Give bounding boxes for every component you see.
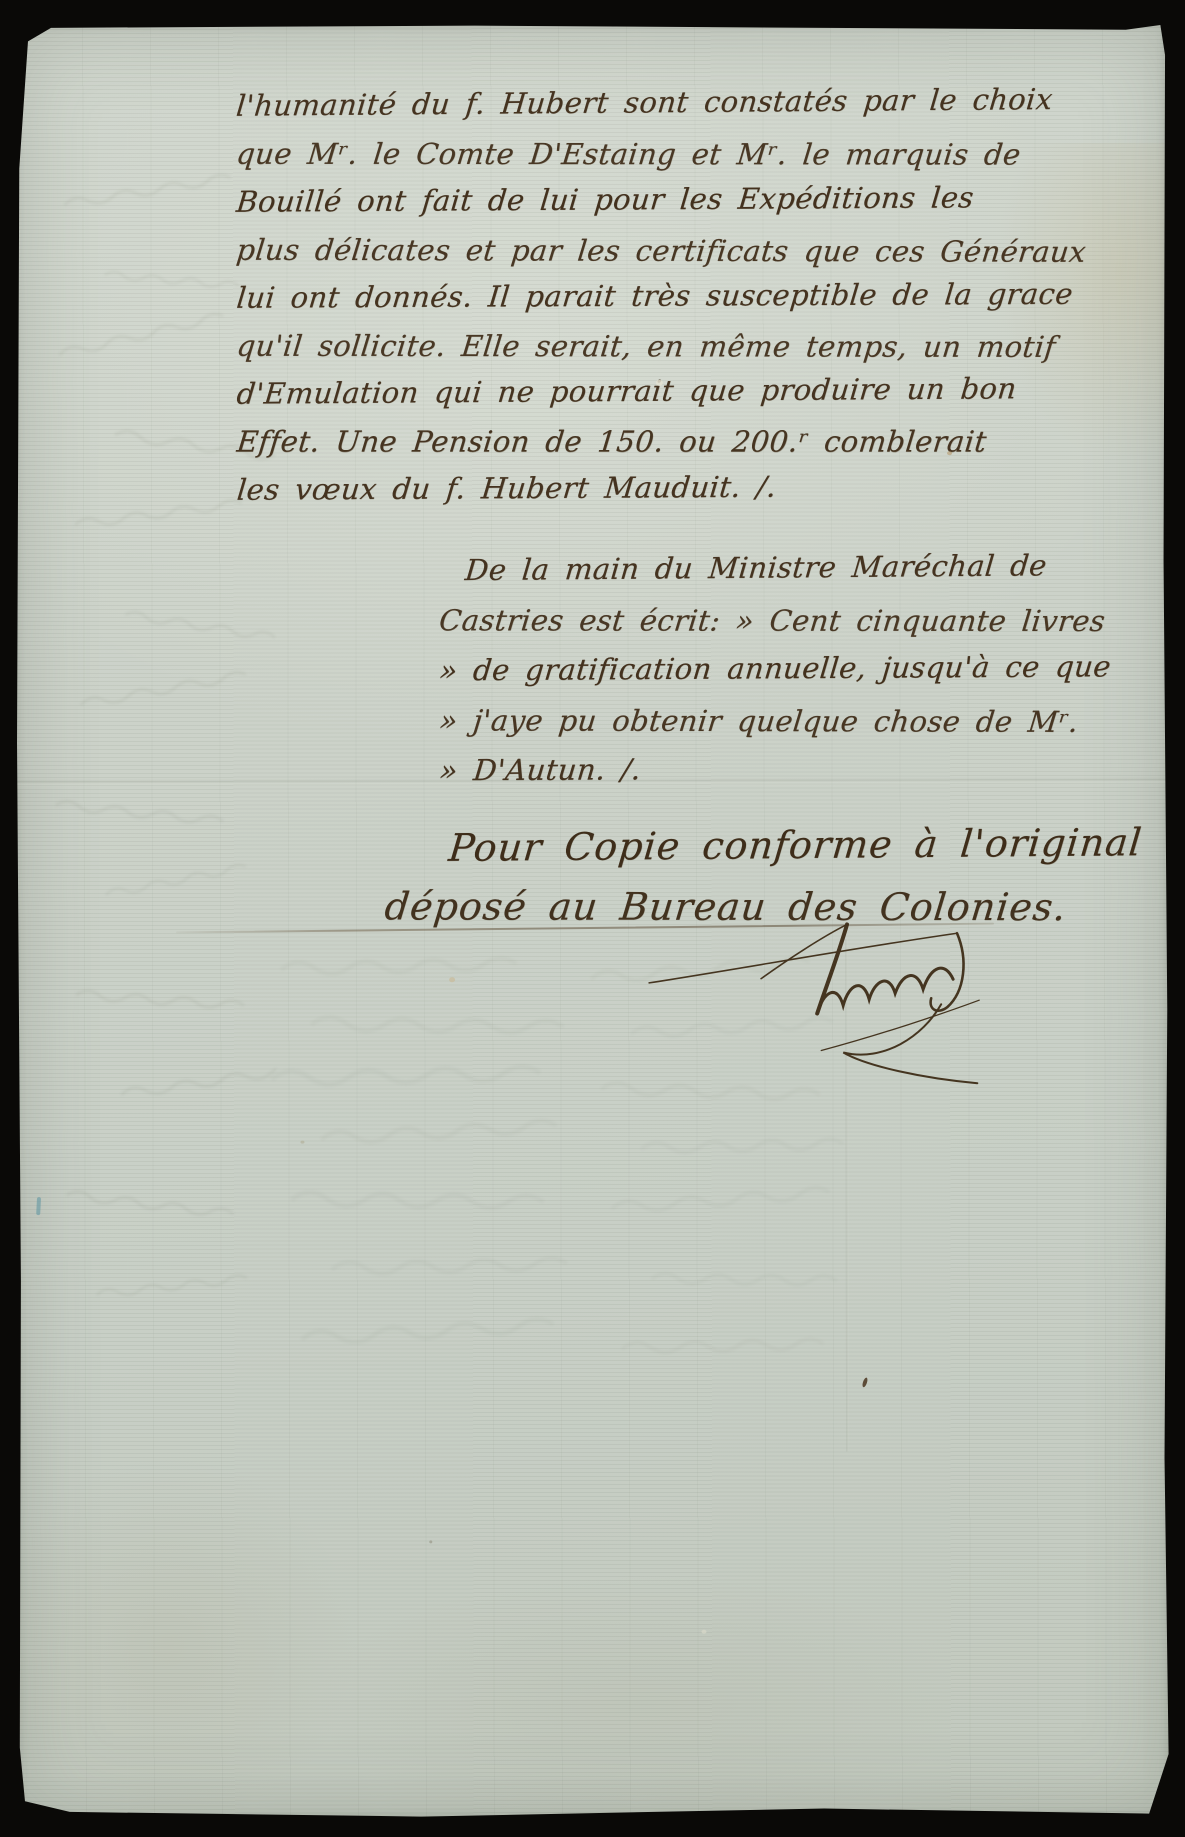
signature-block: Truguet: [521, 916, 981, 1097]
paper-stain: [14, 1454, 358, 1819]
signature-flourish: [521, 916, 981, 1097]
handwritten-line: lui ont donnés. Il parait très susceptib…: [234, 270, 1019, 322]
body-paragraph: l'humanité du f. Hubert sont constatés p…: [236, 80, 1017, 514]
handwritten-line: » j'aye pu obtenir quelque chose de Mʳ.: [437, 695, 1082, 747]
handwritten-line: l'humanité du f. Hubert sont constatés p…: [234, 75, 1019, 129]
handwritten-line: plus délicates et par les certificats qu…: [234, 226, 1019, 276]
paper-speck: [300, 1141, 304, 1144]
handwritten-line: » D'Autun. /.: [437, 742, 1082, 795]
handwritten-line: qu'il sollicite. Elle serait, en même te…: [234, 322, 1019, 371]
handwritten-line: Pour Copie conforme à l'original: [382, 814, 1048, 877]
paper-stain: [317, 1573, 958, 1819]
paper-speck: [701, 1630, 706, 1634]
handwritten-line: que Mʳ. le Comte D'Estaing et Mʳ. le mar…: [234, 130, 1019, 179]
handwritten-line: Effet. Une Pension de 150. ou 200.ʳ comb…: [234, 418, 1019, 466]
blue-fiber-mark: [36, 1197, 41, 1215]
handwritten-line: Castries est écrit: » Cent cinquante liv…: [437, 595, 1082, 646]
handwritten-line: » de gratification annuelle, jusqu'à ce …: [437, 642, 1082, 696]
photo-backdrop: l'humanité du f. Hubert sont constatés p…: [0, 0, 1185, 1837]
handwritten-line: d'Emulation qui ne pourrait que produire…: [235, 364, 1020, 417]
handwritten-line: De la main du Ministre Maréchal de: [437, 540, 1082, 595]
paper-speck: [449, 977, 455, 982]
ink-fleck: [862, 1377, 868, 1388]
manuscript-page: l'humanité du f. Hubert sont constatés p…: [14, 23, 1170, 1819]
handwritten-line: les vœux du f. Hubert Mauduit. /.: [235, 461, 1020, 513]
minister-note-paragraph: De la main du Ministre Maréchal de Castr…: [439, 544, 1080, 795]
paper-speck: [429, 1540, 432, 1543]
handwritten-line: Bouillé ont fait de lui pour les Expédit…: [234, 173, 1019, 226]
